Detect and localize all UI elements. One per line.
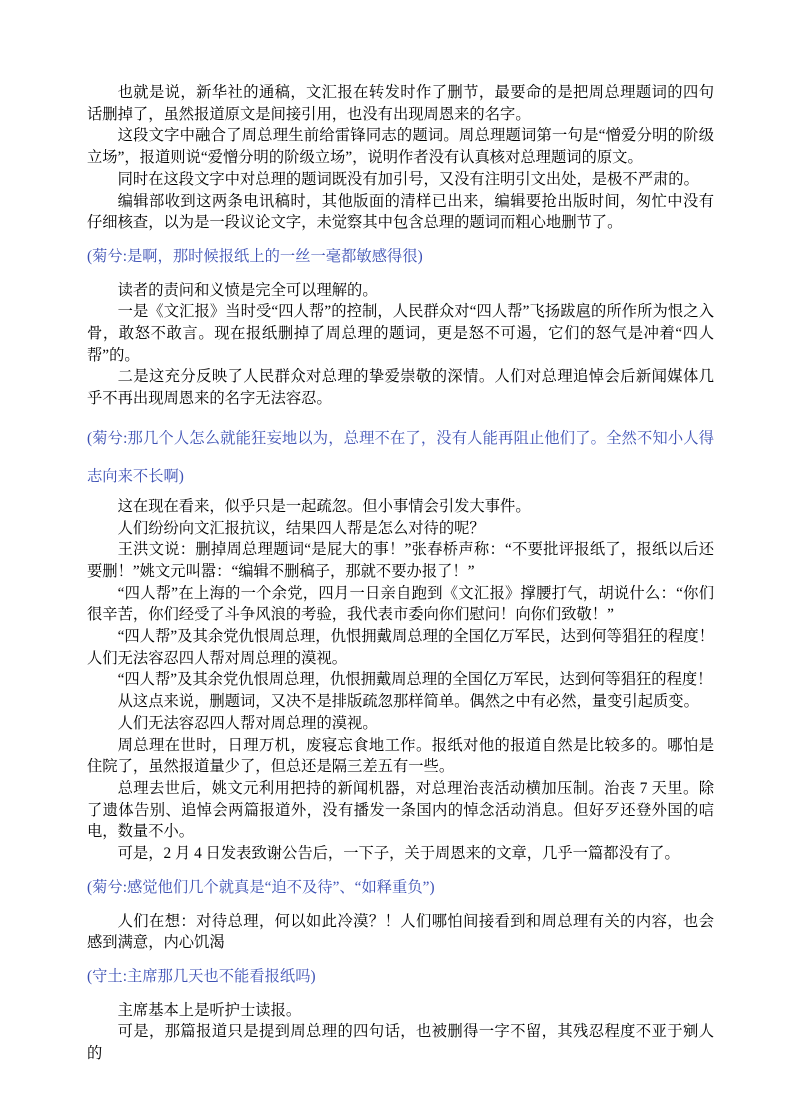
body-paragraph: 同时在这段文字中对总理的题词既没有加引号，又没有注明引文出处，是极不严肃的。: [87, 169, 714, 191]
body-paragraph: “四人帮”在上海的一个余党，四月一日亲自跑到《文汇报》撑腰打气，胡说什么：“你们…: [87, 583, 714, 626]
body-paragraph: 一是《文汇报》当时受“四人帮”的控制，人民群众对“四人帮”飞扬跋扈的所作所为恨之…: [87, 301, 714, 366]
body-paragraph: 主席基本上是听护士读报。: [87, 1000, 714, 1022]
annotation-comment: (菊兮:是啊，那时候报纸上的一丝一毫都敏感得很): [87, 246, 714, 268]
body-paragraph: 人们无法容忍四人帮对周总理的漠视。: [87, 713, 714, 735]
body-paragraph: 人们纷纷向文汇报抗议，结果四人帮是怎么对待的呢？: [87, 518, 714, 540]
annotation-comment: (菊兮:那几个人怎么就能狂妄地以为，总理不在了，没有人能再阻止他们了。全然不知小…: [87, 420, 714, 496]
body-paragraph: 编辑部收到这两条电讯稿时，其他版面的清样已出来，编辑要抢出版时间，匆忙中没有仔细…: [87, 191, 714, 234]
document-page: 也就是说，新华社的通稿，文汇报在转发时作了删节，最要命的是把周总理题词的四句话删…: [0, 0, 800, 1100]
document-body: 也就是说，新华社的通稿，文汇报在转发时作了删节，最要命的是把周总理题词的四句话删…: [87, 82, 714, 1065]
body-paragraph: “四人帮”及其余党仇恨周总理，仇恨拥戴周总理的全国亿万军民，达到何等猖狂的程度！: [87, 669, 714, 691]
body-paragraph: “四人帮”及其余党仇恨周总理，仇恨拥戴周总理的全国亿万军民，达到何等猖狂的程度！…: [87, 626, 714, 669]
body-paragraph: 这在现在看来，似乎只是一起疏忽。但小事情会引发大事件。: [87, 496, 714, 518]
body-paragraph: 这段文字中融合了周总理生前给雷锋同志的题词。周总理题词第一句是“憎爱分明的阶级立…: [87, 125, 714, 168]
body-paragraph: 人们在想：对待总理，何以如此冷漠？！人们哪怕间接看到和周总理有关的内容，也会感到…: [87, 911, 714, 954]
body-paragraph: 从这点来说，删题词，又决不是排版疏忽那样简单。偶然之中有必然，量变引起质变。: [87, 691, 714, 713]
body-paragraph: 二是这充分反映了人民群众对总理的挚爱崇敬的深情。人们对总理追悼会后新闻媒体几乎不…: [87, 366, 714, 409]
annotation-comment: (守土:主席那几天也不能看报纸吗): [87, 966, 714, 988]
body-paragraph: 总理去世后，姚文元利用把持的新闻机器，对总理治丧活动横加压制。治丧 7 天里。除…: [87, 778, 714, 843]
body-paragraph: 周总理在世时，日理万机，废寝忘食地工作。报纸对他的报道自然是比较多的。哪怕是住院…: [87, 735, 714, 778]
body-paragraph: 也就是说，新华社的通稿，文汇报在转发时作了删节，最要命的是把周总理题词的四句话删…: [87, 82, 714, 125]
annotation-comment: (菊兮:感觉他们几个就真是“迫不及待”、“如释重负”): [87, 877, 714, 899]
body-paragraph: 王洪文说：删掉周总理题词“是屁大的事！”张春桥声称：“不要批评报纸了，报纸以后还…: [87, 539, 714, 582]
body-paragraph: 读者的责问和义愤是完全可以理解的。: [87, 280, 714, 302]
body-paragraph: 可是，2 月 4 日发表致谢公告后，一下子，关于周恩来的文章，几乎一篇都没有了。: [87, 843, 714, 865]
body-paragraph: 可是，那篇报道只是提到周总理的四句话，也被删得一字不留，其残忍程度不亚于剜人的: [87, 1021, 714, 1064]
